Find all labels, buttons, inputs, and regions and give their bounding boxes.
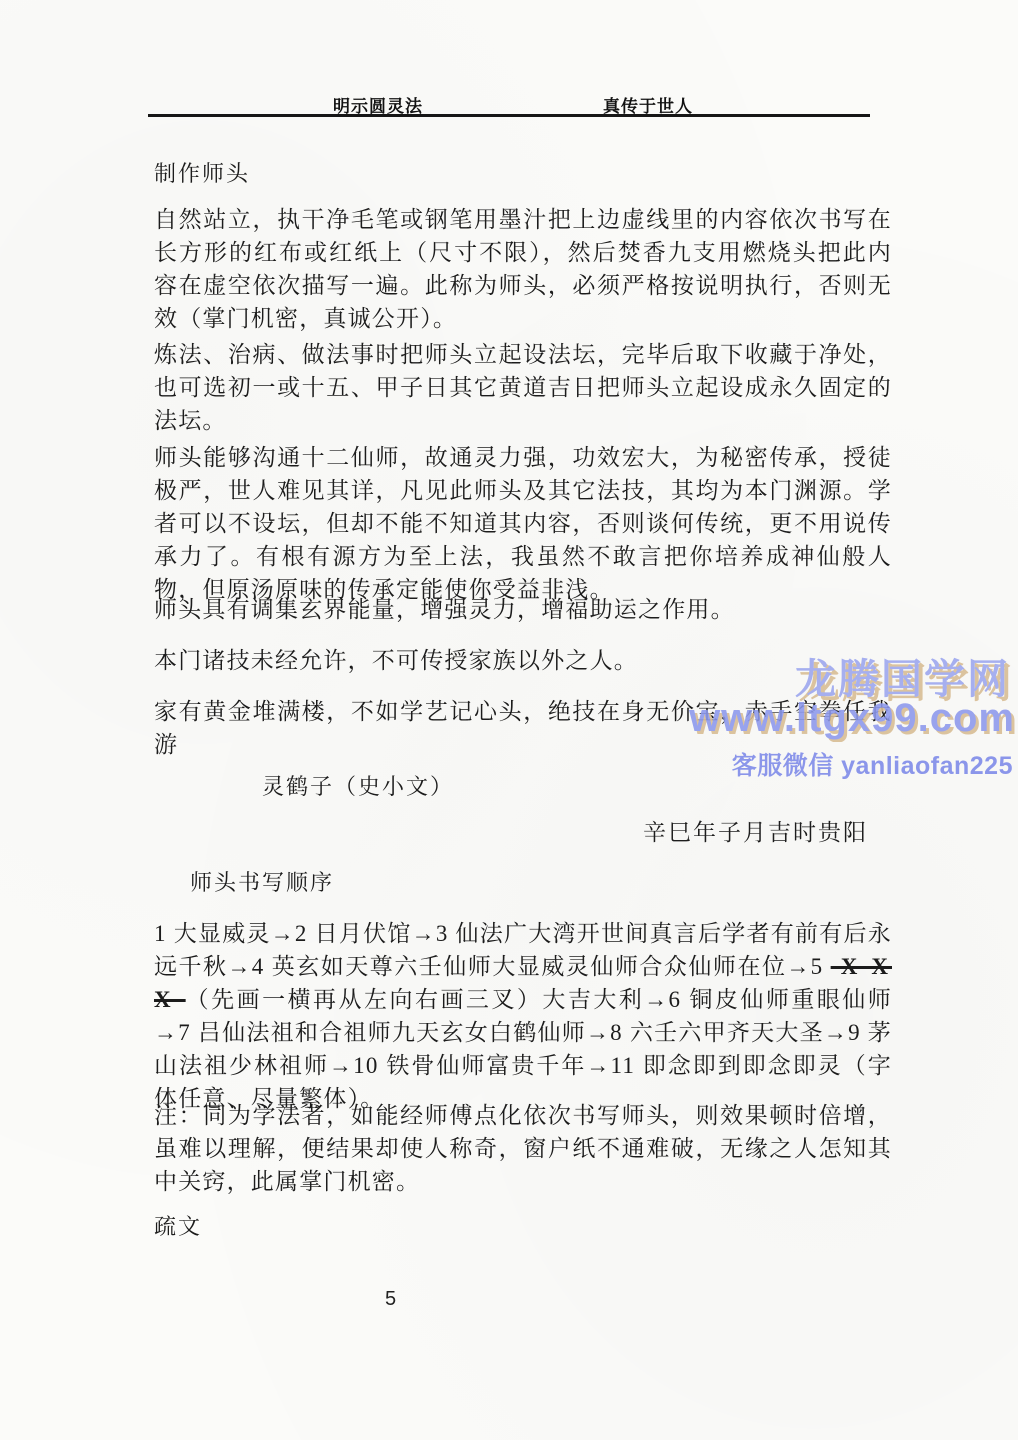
sequence-paragraph: 1 大显威灵→2 日月伏馆→3 仙法广大湾开世间真言后学者有前有后永远千秋→4 …	[154, 917, 892, 1115]
section-title: 师头书写顺序	[190, 866, 334, 897]
note-paragraph: 注：同为学法者，如能经师傅点化依次书写师头，则效果顿时倍增，虽难以理解，便结果却…	[154, 1099, 892, 1198]
paragraph-6: 家有黄金堆满楼，不如学艺记心头，绝技在身无价宝，赤手空拳任我游	[154, 695, 892, 761]
scanned-document-page: 明示圆灵法 真传于世人 制作师头 自然站立，执干净毛笔或钢笔用墨汁把上边虚线里的…	[0, 0, 1018, 1440]
paragraph-4: 师头具有调集玄界能量，增强灵力，增福助运之作用。	[154, 593, 892, 626]
footer-section-label: 疏文	[154, 1210, 202, 1241]
sequence-text-after: （先画一横再从左向右画三叉）大吉大利→6 铜皮仙师重眼仙师→7 吕仙法祖和合祖师…	[154, 987, 892, 1111]
date-line: 辛巳年子月吉时贵阳	[643, 814, 868, 847]
paragraph-1: 自然站立，执干净毛笔或钢笔用墨汁把上边虚线里的内容依次书写在长方形的红布或红纸上…	[154, 203, 892, 335]
sequence-text-before: 1 大显威灵→2 日月伏馆→3 仙法广大湾开世间真言后学者有前有后永远千秋→4 …	[154, 921, 892, 979]
paragraph-2: 炼法、治病、做法事时把师头立起设法坛，完毕后取下收藏于净处，也可选初一或十五、甲…	[154, 338, 892, 437]
signature-line: 灵鹤子（史小文）	[262, 770, 454, 801]
header-rule	[148, 114, 870, 117]
page-number: 5	[385, 1288, 396, 1311]
paragraph-3: 师头能够沟通十二仙师，故通灵力强，功效宏大，为秘密传承，授徒极严，世人难见其详，…	[154, 441, 892, 606]
page-title: 制作师头	[154, 157, 250, 188]
paragraph-5: 本门诸技未经允许，不可传授家族以外之人。	[154, 644, 892, 677]
